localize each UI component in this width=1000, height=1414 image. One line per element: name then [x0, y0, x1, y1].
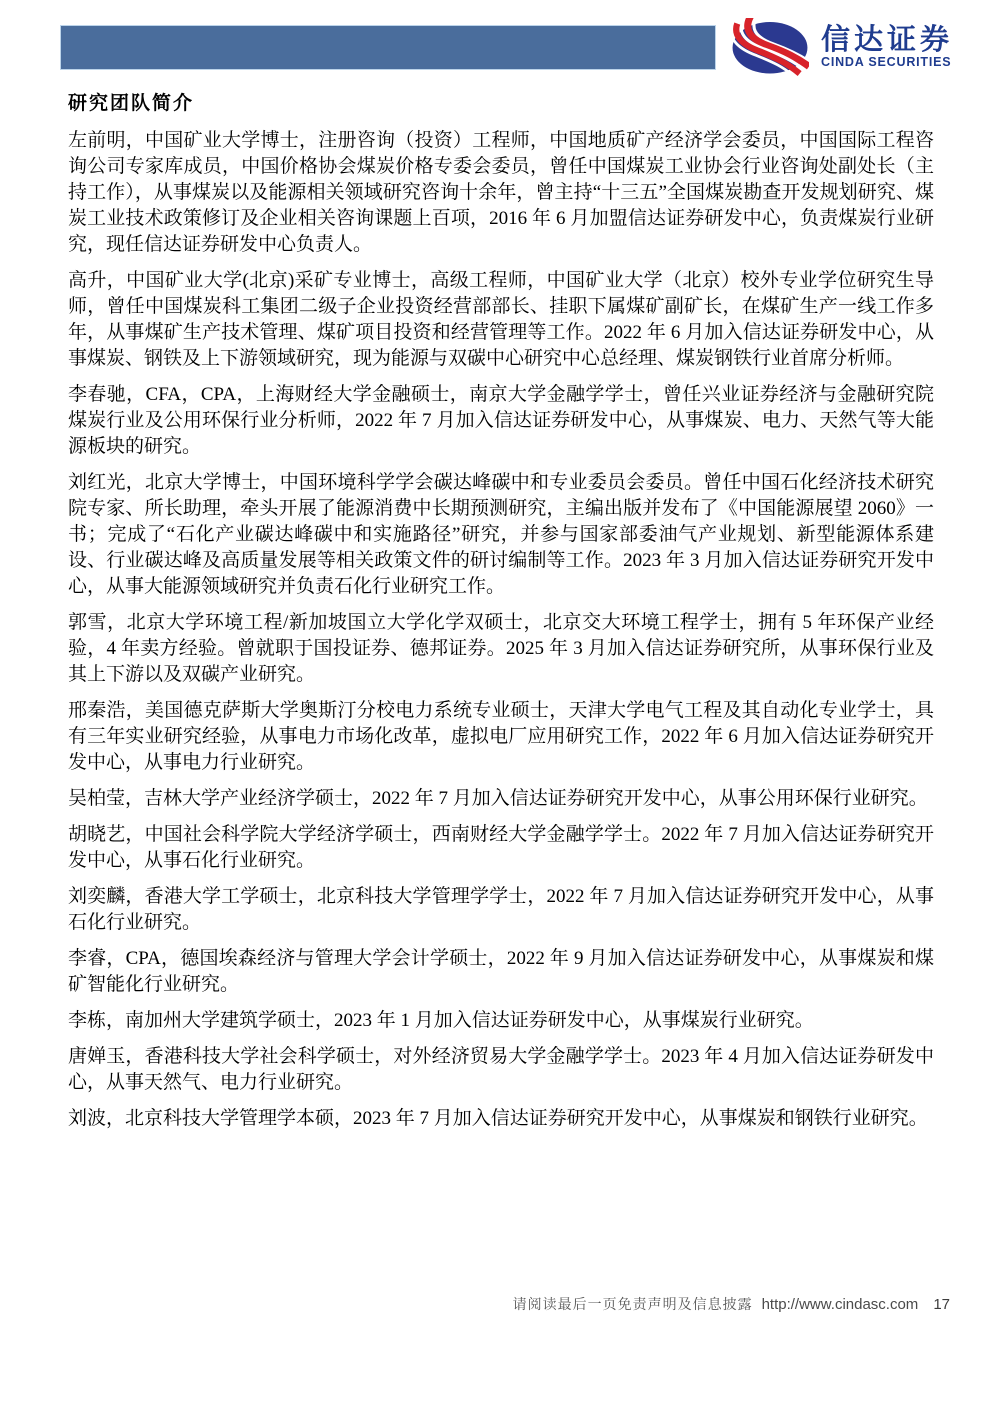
logo-name-en: CINDA SECURITIES [821, 55, 953, 70]
footer-disclaimer: 请阅读最后一页免责声明及信息披露 [513, 1294, 753, 1314]
footer-url[interactable]: http://www.cindasc.com [762, 1296, 919, 1313]
logo-name-cn: 信达证券 [821, 25, 953, 55]
section-title: 研究团队简介 [68, 88, 194, 115]
bio-paragraph: 郭雪，北京大学环境工程/新加坡国立大学化学双硕士，北京交大环境工程学士，拥有 5… [68, 610, 934, 688]
logo-text-block: 信达证券 CINDA SECURITIES [821, 25, 953, 70]
report-page: 信达证券 CINDA SECURITIES 研究团队简介 左前明，中国矿业大学博… [0, 0, 1000, 1414]
bio-paragraph: 刘红光，北京大学博士，中国环境科学学会碳达峰碳中和专业委员会委员。曾任中国石化经… [68, 470, 934, 600]
bio-paragraph: 胡晓艺，中国社会科学院大学经济学硕士，西南财经大学金融学学士。2022 年 7 … [68, 822, 934, 874]
bio-paragraph: 吴柏莹，吉林大学产业经济学硕士，2022 年 7 月加入信达证券研究开发中心，从… [68, 786, 934, 812]
bio-paragraph: 李睿，CPA，德国埃森经济与管理大学会计学硕士，2022 年 9 月加入信达证券… [68, 946, 934, 998]
cinda-logo: 信达证券 CINDA SECURITIES [731, 16, 971, 78]
bio-paragraph: 唐婵玉，香港科技大学社会科学硕士，对外经济贸易大学金融学学士。2023 年 4 … [68, 1044, 934, 1096]
bio-paragraph: 刘波，北京科技大学管理学本硕，2023 年 7 月加入信达证券研究开发中心，从事… [68, 1106, 934, 1132]
bio-paragraph: 李栋，南加州大学建筑学硕士，2023 年 1 月加入信达证券研发中心，从事煤炭行… [68, 1008, 934, 1034]
page-footer: 请阅读最后一页免责声明及信息披露 http://www.cindasc.com … [513, 1294, 950, 1314]
bio-paragraph: 刘奕麟，香港大学工学硕士，北京科技大学管理学学士，2022 年 7 月加入信达证… [68, 884, 934, 936]
bio-paragraph: 李春驰，CFA，CPA，上海财经大学金融硕士，南京大学金融学学士，曾任兴业证券经… [68, 382, 934, 460]
bio-paragraph: 高升，中国矿业大学(北京)采矿专业博士，高级工程师，中国矿业大学（北京）校外专业… [68, 268, 934, 372]
cinda-logo-mark-icon [731, 18, 809, 76]
bio-paragraph: 左前明，中国矿业大学博士，注册咨询（投资）工程师，中国地质矿产经济学会委员，中国… [68, 128, 934, 258]
team-bios: 左前明，中国矿业大学博士，注册咨询（投资）工程师，中国地质矿产经济学会委员，中国… [68, 128, 934, 1142]
page-number: 17 [933, 1296, 950, 1313]
bio-paragraph: 邢秦浩，美国德克萨斯大学奥斯汀分校电力系统专业硕士，天津大学电气工程及其自动化专… [68, 698, 934, 776]
header-bar [60, 25, 716, 70]
